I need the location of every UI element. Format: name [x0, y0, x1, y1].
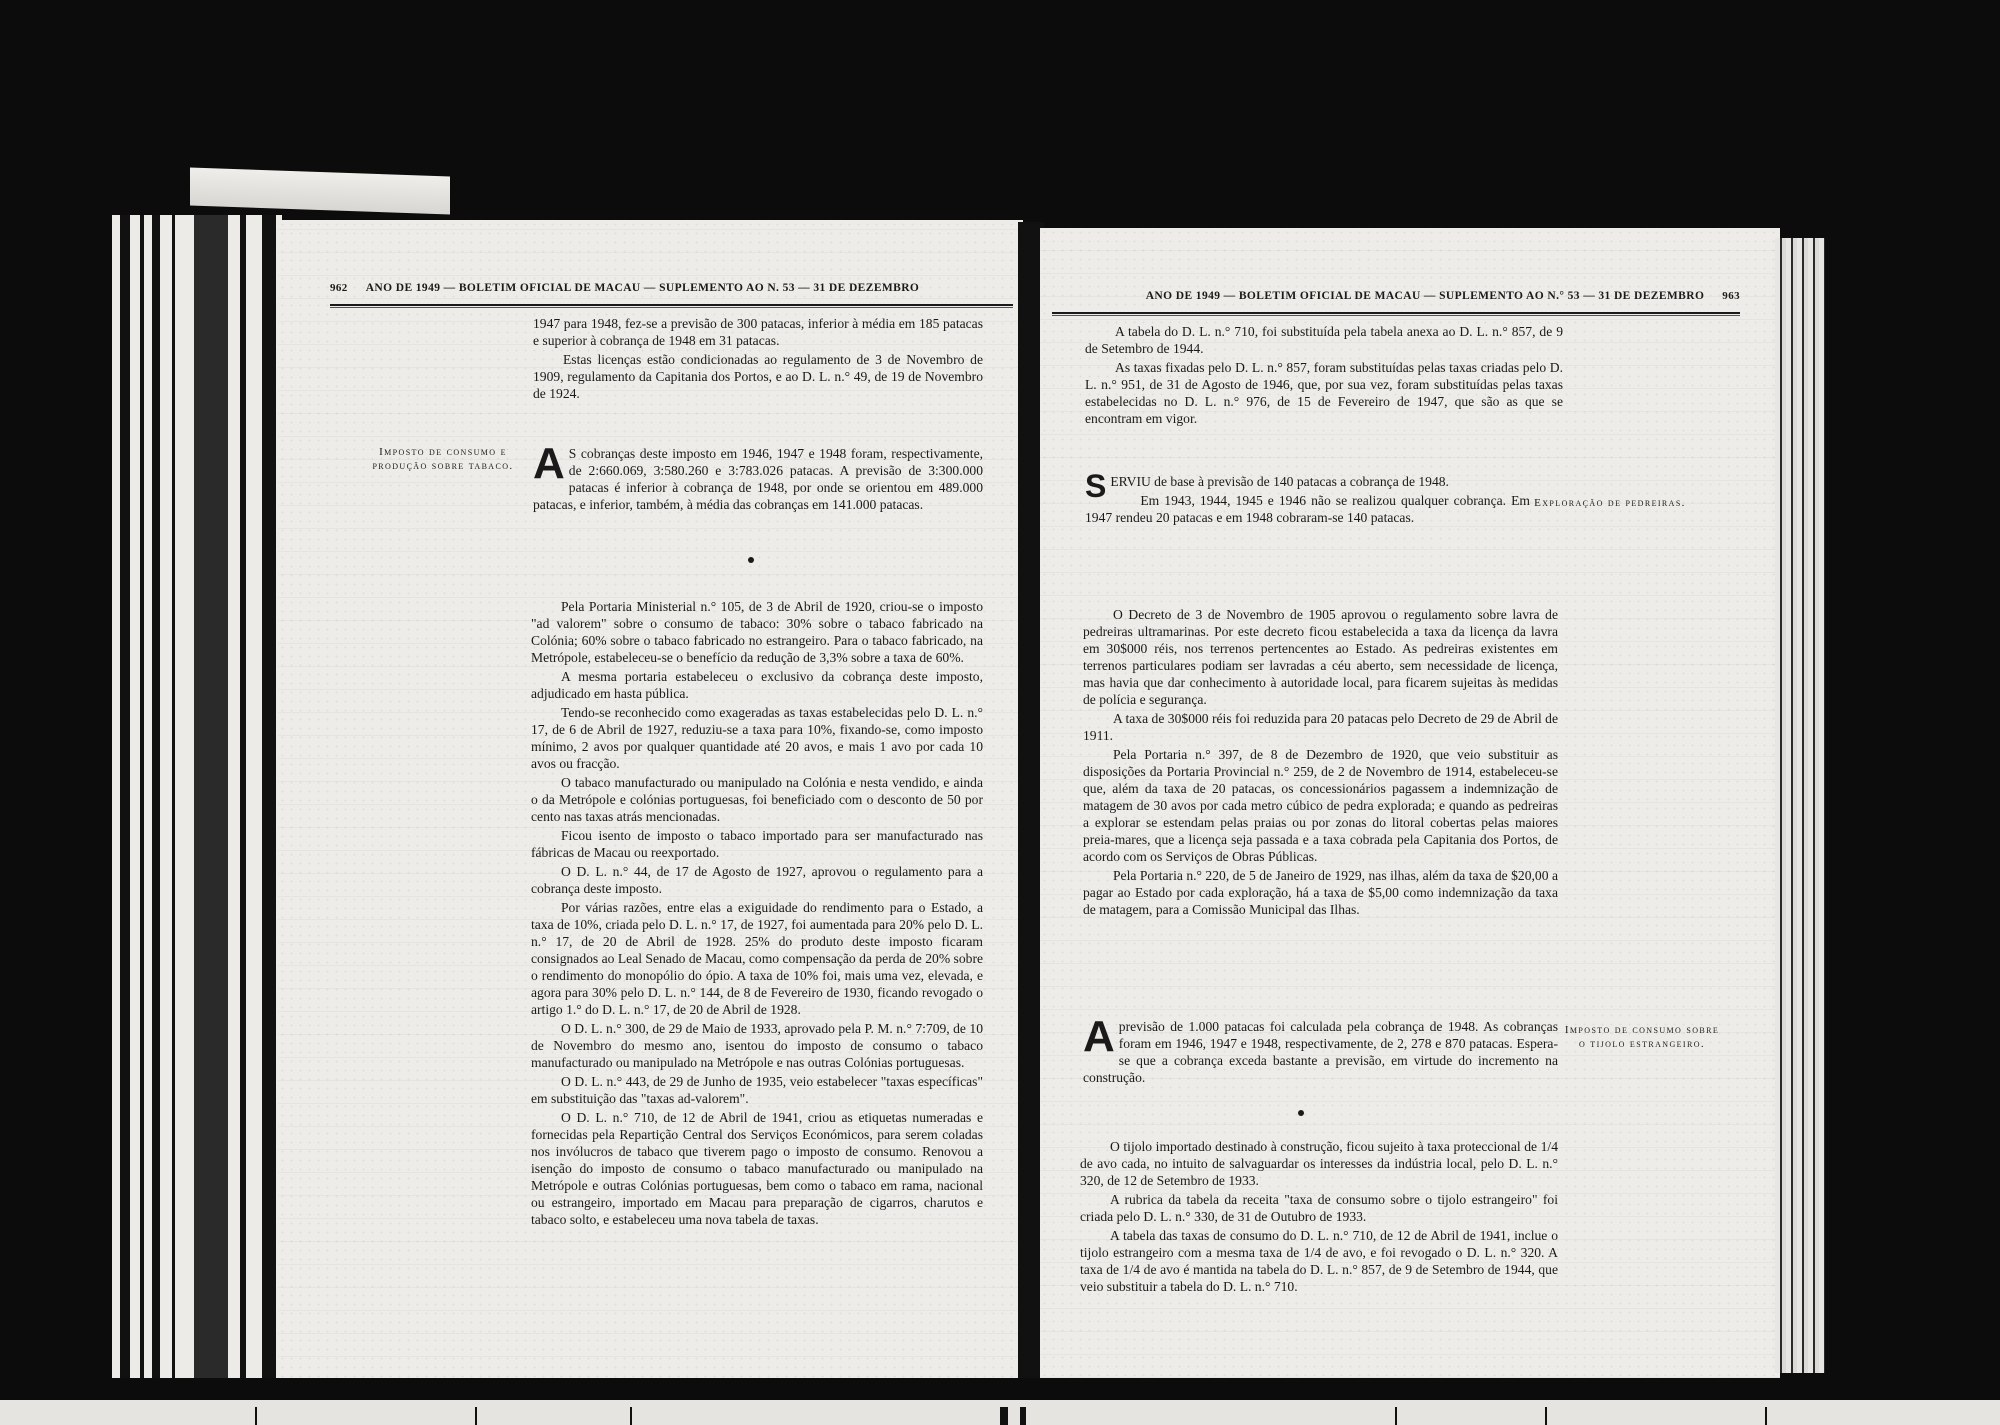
paragraph: 1947 para 1948, fez-se a previsão de 300… — [533, 315, 983, 349]
scan-bottom-strip — [0, 1400, 2000, 1425]
paragraph: Tendo-se reconhecido como exageradas as … — [531, 704, 983, 772]
paragraph: As taxas fixadas pelo D. L. n.° 857, for… — [1085, 359, 1563, 427]
running-header-right: ANO DE 1949 — BOLETIM OFICIAL DE MACAU —… — [1050, 290, 1740, 302]
paragraph: Em 1943, 1944, 1945 e 1946 não se realiz… — [1085, 492, 1530, 526]
section-divider-dot — [748, 557, 754, 563]
intro-text: A tabela do D. L. n.° 710, foi substituí… — [1085, 323, 1563, 429]
page-number: 962 — [330, 282, 348, 294]
book-top-edge — [190, 167, 450, 214]
paragraph: Ficou isento de imposto o tabaco importa… — [531, 827, 983, 861]
running-header-left: 962 ANO DE 1949 — BOLETIM OFICIAL DE MAC… — [330, 282, 1011, 294]
section-heading-tobacco: Imposto de consumo e produção sobre taba… — [363, 445, 523, 473]
drop-cap: A — [533, 446, 565, 482]
paragraph: O D. L. n.° 44, de 17 de Agosto de 1927,… — [531, 863, 983, 897]
section-bricks-body: O tijolo importado destinado à construçã… — [1080, 1138, 1558, 1297]
section-heading-bricks: Imposto de consumo sobre o tijolo estran… — [1562, 1023, 1722, 1051]
page-number: 963 — [1722, 290, 1740, 302]
paragraph: A tabela das taxas de consumo do D. L. n… — [1080, 1227, 1558, 1295]
drop-cap: A — [1083, 1019, 1115, 1055]
paragraph: Pela Portaria Ministerial n.° 105, de 3 … — [531, 598, 983, 666]
section-bricks-lead: A previsão de 1.000 patacas foi calculad… — [1083, 1018, 1558, 1088]
paragraph: O Decreto de 3 de Novembro de 1905 aprov… — [1083, 606, 1558, 708]
section-tobacco-body: Pela Portaria Ministerial n.° 105, de 3 … — [531, 598, 983, 1230]
paragraph: Estas licenças estão condicionadas ao re… — [533, 351, 983, 402]
paragraph: A mesma portaria estabeleceu o exclusivo… — [531, 668, 983, 702]
lead-paragraph: previsão de 1.000 patacas foi calculada … — [1119, 1019, 1479, 1034]
drop-cap: S — [1085, 471, 1106, 501]
header-title: ANO DE 1949 — BOLETIM OFICIAL DE MACAU —… — [366, 282, 920, 294]
paragraph: O tijolo importado destinado à construçã… — [1080, 1138, 1558, 1189]
paragraph: A taxa de 30$000 réis foi reduzida para … — [1083, 710, 1558, 744]
intro-text: 1947 para 1948, fez-se a previsão de 300… — [533, 315, 983, 404]
section-heading-quarries: Exploração de pedreiras. — [1530, 496, 1690, 510]
left-page: 962 ANO DE 1949 — BOLETIM OFICIAL DE MAC… — [278, 220, 1023, 1380]
paragraph: O tabaco manufacturado ou manipulado na … — [531, 774, 983, 825]
section-tobacco-lead: A S cobranças deste imposto em 1946, 194… — [533, 445, 983, 515]
paragraph: O D. L. n.° 710, de 12 de Abril de 1941,… — [531, 1109, 983, 1228]
paragraph: O D. L. n.° 443, de 29 de Junho de 1935,… — [531, 1073, 983, 1107]
lead-paragraph: ERVIU de base à previsão de 140 patacas … — [1110, 474, 1449, 489]
header-rule — [330, 304, 1013, 308]
book-bottom-shadow — [100, 1378, 2000, 1400]
paragraph: O D. L. n.° 300, de 29 de Maio de 1933, … — [531, 1020, 983, 1071]
paragraph: Pela Portaria n.° 397, de 8 de Dezembro … — [1083, 746, 1558, 865]
header-rule — [1052, 312, 1740, 316]
section-quarries-lead: S ERVIU de base à previsão de 140 pataca… — [1085, 473, 1530, 528]
section-quarries-body: O Decreto de 3 de Novembro de 1905 aprov… — [1083, 606, 1558, 920]
paragraph: A rubrica da tabela da receita "taxa de … — [1080, 1191, 1558, 1225]
header-title: ANO DE 1949 — BOLETIM OFICIAL DE MACAU —… — [1146, 290, 1705, 302]
paragraph: Pela Portaria n.° 220, de 5 de Janeiro d… — [1083, 867, 1558, 918]
right-page-stack — [1775, 238, 1825, 1373]
paragraph: A tabela do D. L. n.° 710, foi substituí… — [1085, 323, 1563, 357]
lead-paragraph: S cobranças deste imposto em 1946, 1947 … — [533, 446, 983, 512]
paragraph: Por várias razões, entre elas a exiguida… — [531, 899, 983, 1018]
left-page-stack — [112, 215, 282, 1380]
section-divider-dot — [1298, 1110, 1304, 1116]
right-page: ANO DE 1949 — BOLETIM OFICIAL DE MACAU —… — [1040, 228, 1780, 1378]
